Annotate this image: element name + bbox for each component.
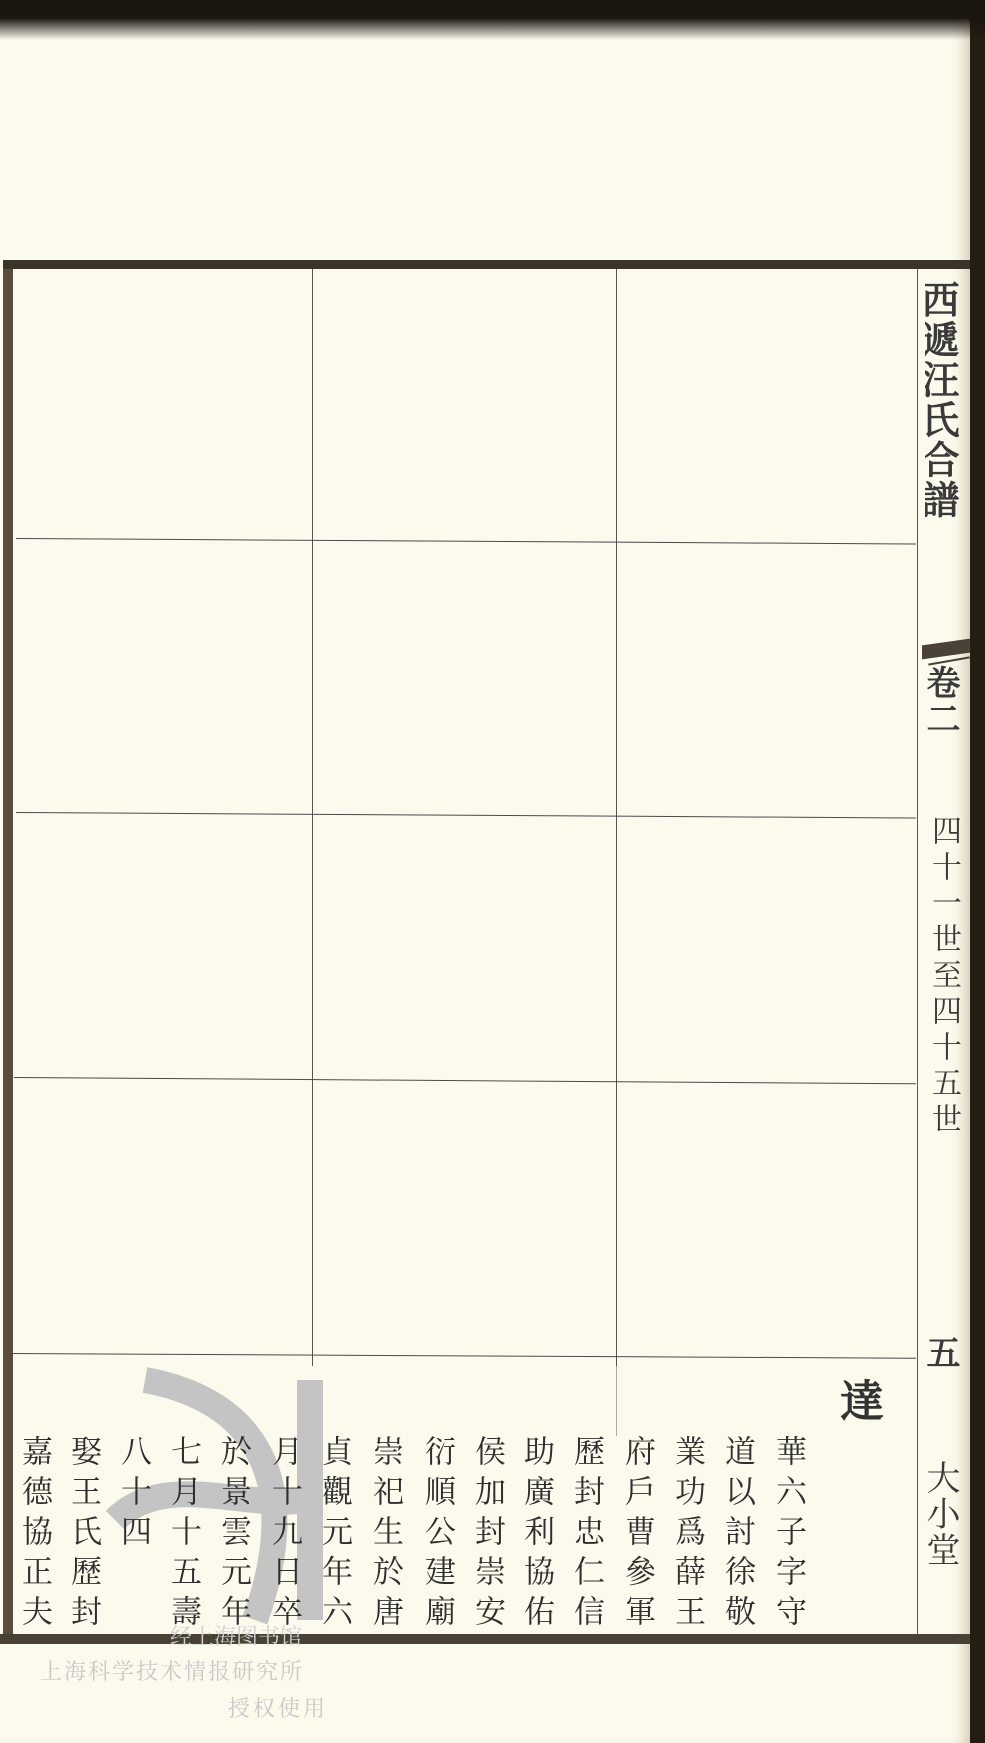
entry-column-10: 貞觀元年六	[314, 1435, 354, 1635]
grid-line-vertical-lower	[616, 1366, 617, 1436]
entry-column-9: 崇祀生於唐	[365, 1435, 405, 1635]
hall-name: 大小堂	[925, 1460, 965, 1635]
scan-top-shadow	[0, 0, 985, 40]
frame-bottom-border	[0, 1634, 970, 1644]
generation-range: 四十一世至四十五世	[925, 815, 965, 1175]
page-number: 五	[925, 1335, 965, 1385]
entry-column-6: 助廣利協佑	[516, 1435, 556, 1635]
frame-top-border	[3, 260, 970, 269]
spine-divider	[917, 269, 918, 1634]
book-title: 西遞汪氏合譜	[925, 280, 965, 610]
entry-column-5: 歷封忠仁信	[566, 1435, 606, 1635]
entry-column-15: 娶王氏歷封	[63, 1435, 103, 1635]
watermark-line-2: 上海科学技术情报研究所	[40, 1655, 304, 1686]
entry-column-8: 衍順公建廟	[417, 1435, 457, 1635]
entry-column-12: 於景雲元年	[213, 1435, 253, 1635]
entry-column-7: 侯加封崇安	[467, 1435, 507, 1635]
frame-left-border	[3, 269, 13, 1634]
grid-line-vertical-1	[312, 269, 313, 1366]
person-name-header: 達	[833, 1378, 889, 1422]
entry-column-3: 業功爲薛王	[667, 1435, 707, 1635]
entry-column-11: 月十九日卒	[264, 1435, 304, 1635]
grid-line-vertical-2	[616, 269, 617, 1366]
entry-column-1: 華六子字守	[768, 1435, 808, 1635]
entry-column-14: 八十四	[113, 1435, 153, 1635]
watermark-line-1: 经上海图书馆	[170, 1620, 302, 1651]
scan-right-edge	[969, 0, 985, 1743]
entry-column-2: 道以討徐敬	[717, 1435, 757, 1635]
entry-column-4: 府戶曹參軍	[617, 1435, 657, 1635]
entry-column-16: 嘉德協正夫	[14, 1435, 54, 1635]
volume-label: 卷二	[925, 665, 965, 745]
entry-column-13: 七月十五壽	[163, 1435, 203, 1635]
watermark-line-3: 授权使用	[228, 1692, 328, 1723]
